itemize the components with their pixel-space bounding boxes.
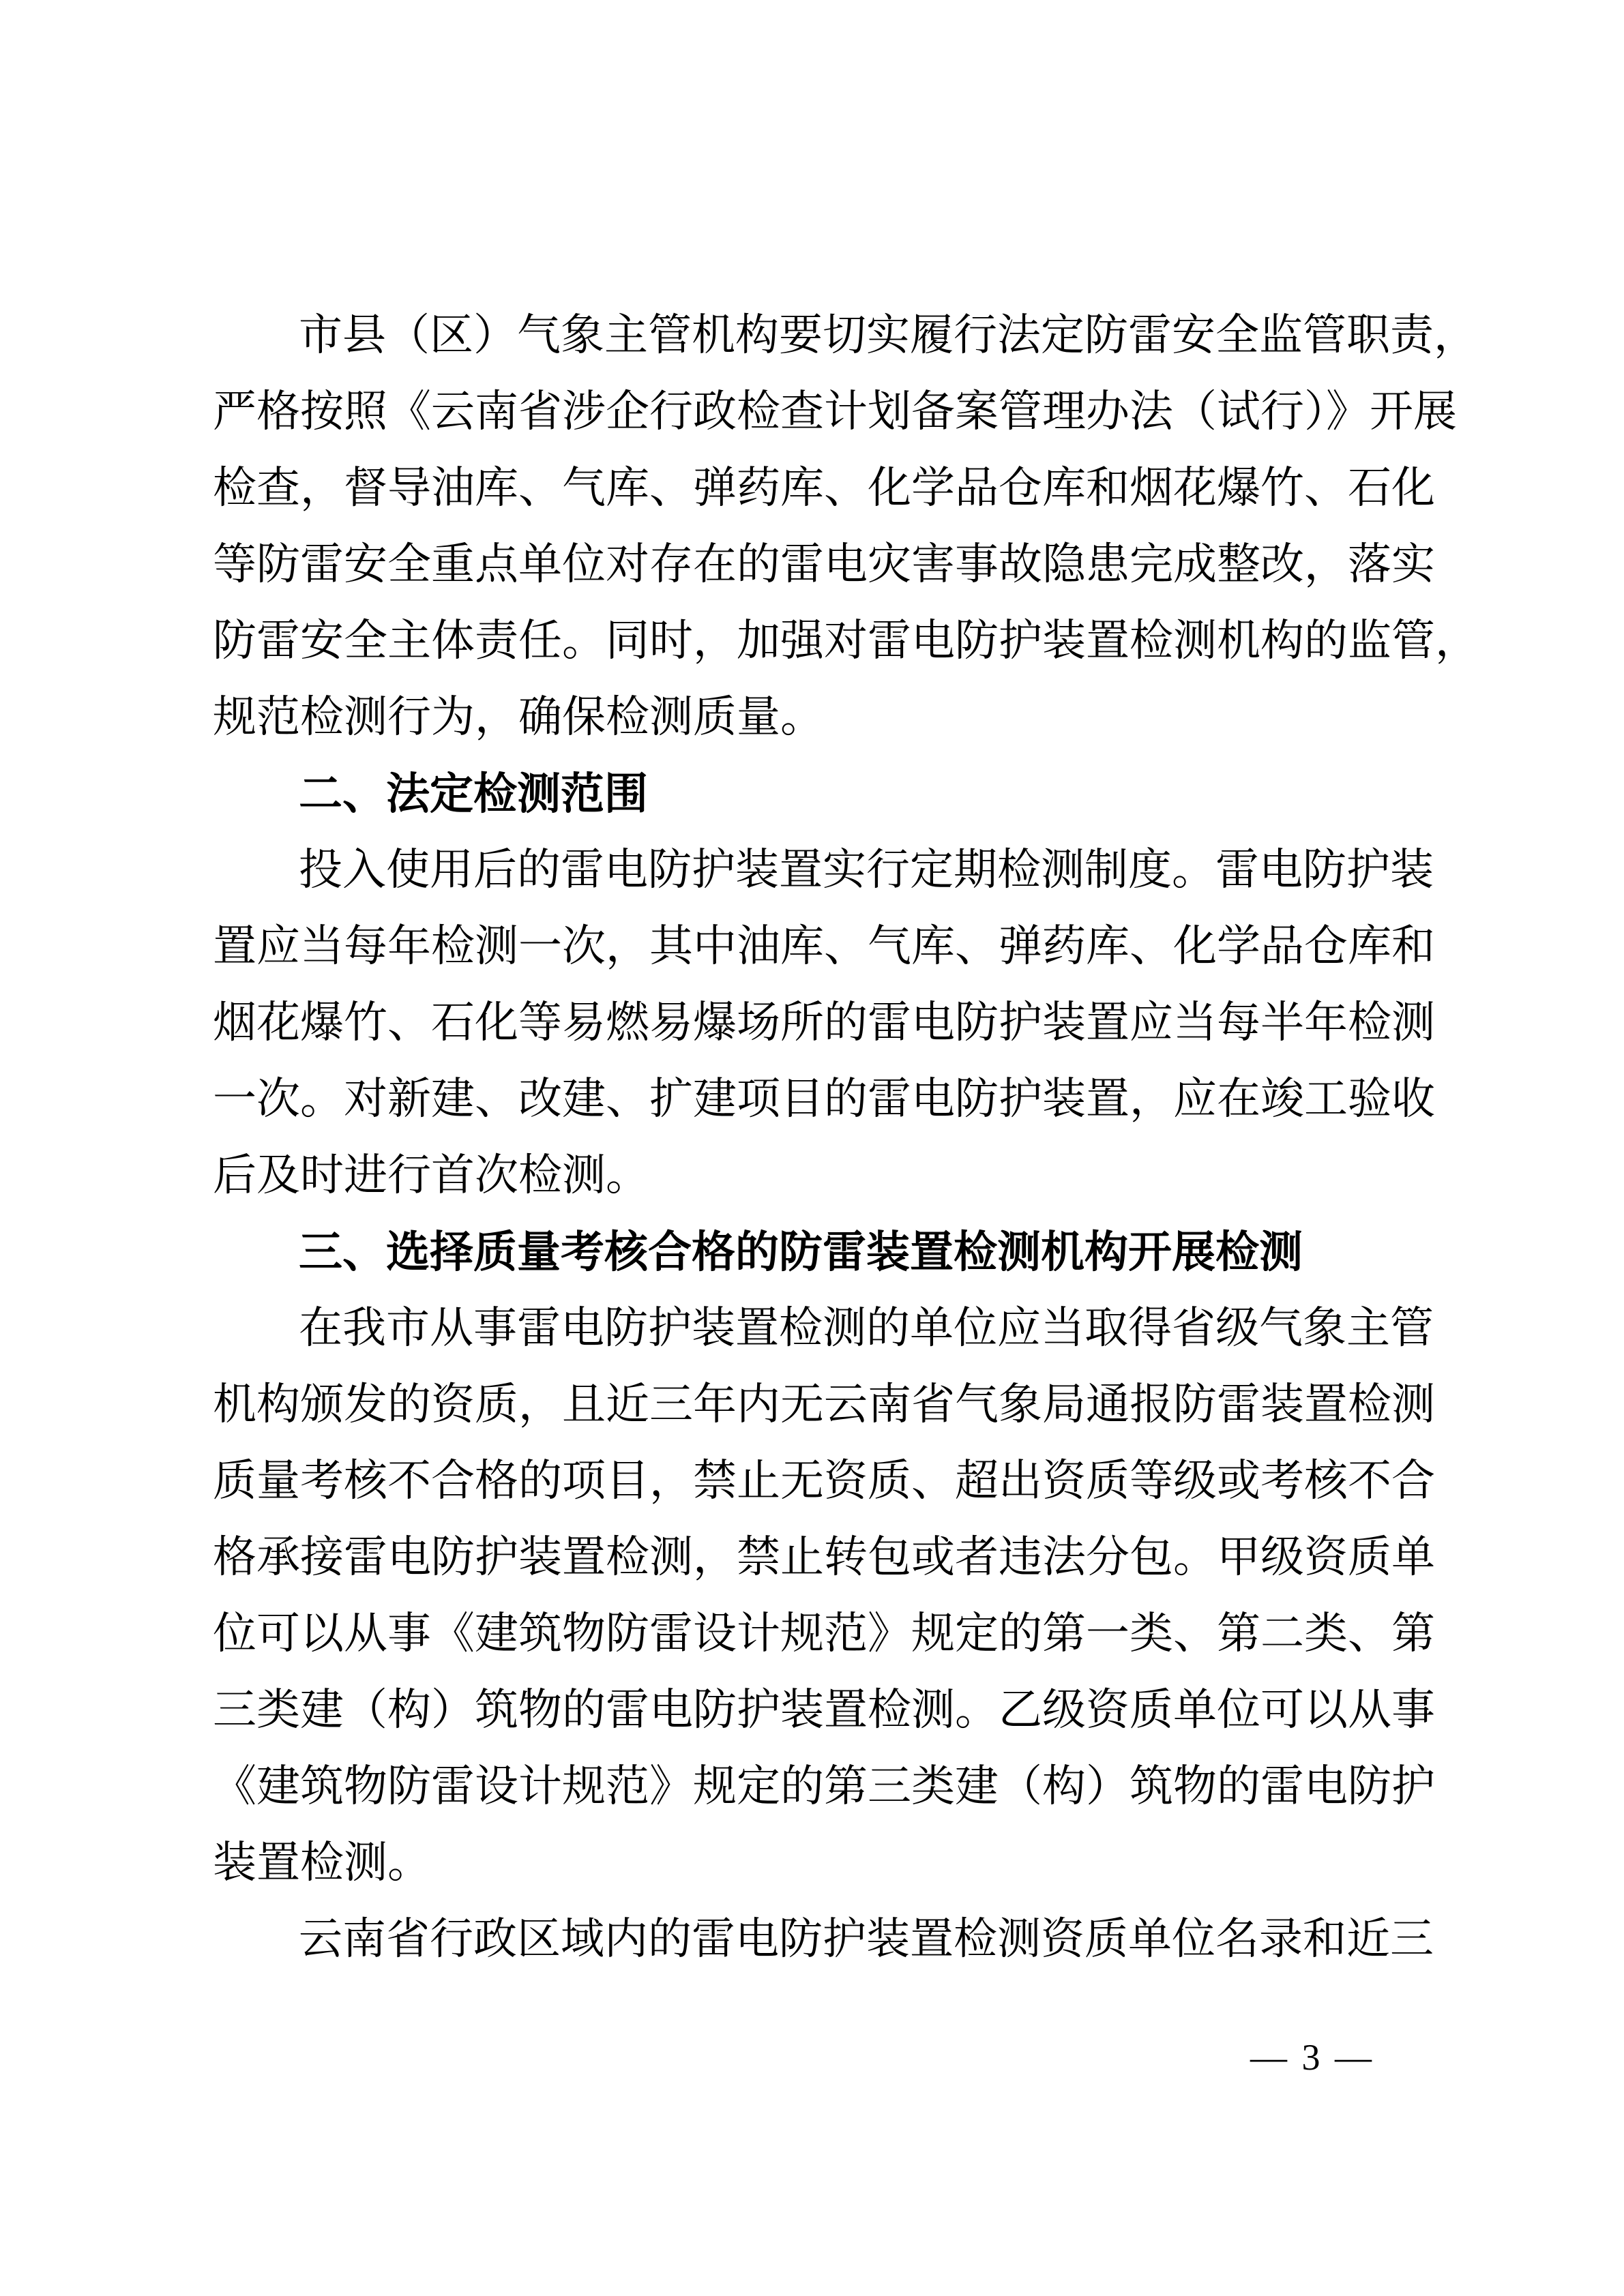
text-line: 三类建（构）筑物的雷电防护装置检测。乙级资质单位可以从事 <box>213 1672 1431 1748</box>
text-line: 质量考核不合格的项目，禁止无资质、超出资质等级或考核不合 <box>213 1443 1431 1519</box>
text-line: 置应当每年检测一次，其中油库、气库、弹药库、化学品仓库和 <box>213 908 1431 985</box>
text-line: 烟花爆竹、石化等易燃易爆场所的雷电防护装置应当每半年检测 <box>213 985 1431 1061</box>
text-line: 格承接雷电防护装置检测，禁止转包或者违法分包。甲级资质单 <box>213 1519 1431 1596</box>
document-page: 市县（区）气象主管机构要切实履行法定防雷安全监管职责， 严格按照《云南省涉企行政… <box>0 0 1624 2296</box>
text-line: 在我市从事雷电防护装置检测的单位应当取得省级气象主管 <box>213 1290 1431 1367</box>
text-line: 等防雷安全重点单位对存在的雷电灾害事故隐患完成整改，落实 <box>213 526 1431 603</box>
text-line: 检查，督导油库、气库、弹药库、化学品仓库和烟花爆竹、石化 <box>213 450 1431 526</box>
section-heading-2: 二、法定检测范围 <box>213 756 1431 832</box>
text-line: 后及时进行首次检测。 <box>213 1137 1431 1214</box>
text-line: 《建筑物防雷设计规范》规定的第三类建（构）筑物的雷电防护 <box>213 1748 1431 1825</box>
text-line: 市县（区）气象主管机构要切实履行法定防雷安全监管职责， <box>213 297 1431 374</box>
text-line: 防雷安全主体责任。同时，加强对雷电防护装置检测机构的监管， <box>213 603 1431 679</box>
text-line: 云南省行政区域内的雷电防护装置检测资质单位名录和近三 <box>213 1901 1431 1978</box>
text-line: 严格按照《云南省涉企行政检查计划备案管理办法（试行）》开展 <box>213 374 1431 450</box>
text-line: 装置检测。 <box>213 1825 1431 1901</box>
text-line: 一次。对新建、改建、扩建项目的雷电防护装置，应在竣工验收 <box>213 1061 1431 1137</box>
text-line: 机构颁发的资质，且近三年内无云南省气象局通报防雷装置检测 <box>213 1367 1431 1443</box>
document-body: 市县（区）气象主管机构要切实履行法定防雷安全监管职责， 严格按照《云南省涉企行政… <box>213 297 1431 1978</box>
section-heading-3: 三、选择质量考核合格的防雷装置检测机构开展检测 <box>213 1214 1431 1290</box>
text-line: 规范检测行为，确保检测质量。 <box>213 679 1431 756</box>
text-line: 位可以从事《建筑物防雷设计规范》规定的第一类、第二类、第 <box>213 1596 1431 1672</box>
text-line: 投入使用后的雷电防护装置实行定期检测制度。雷电防护装 <box>213 832 1431 908</box>
page-number: — 3 — <box>1250 2036 1374 2078</box>
